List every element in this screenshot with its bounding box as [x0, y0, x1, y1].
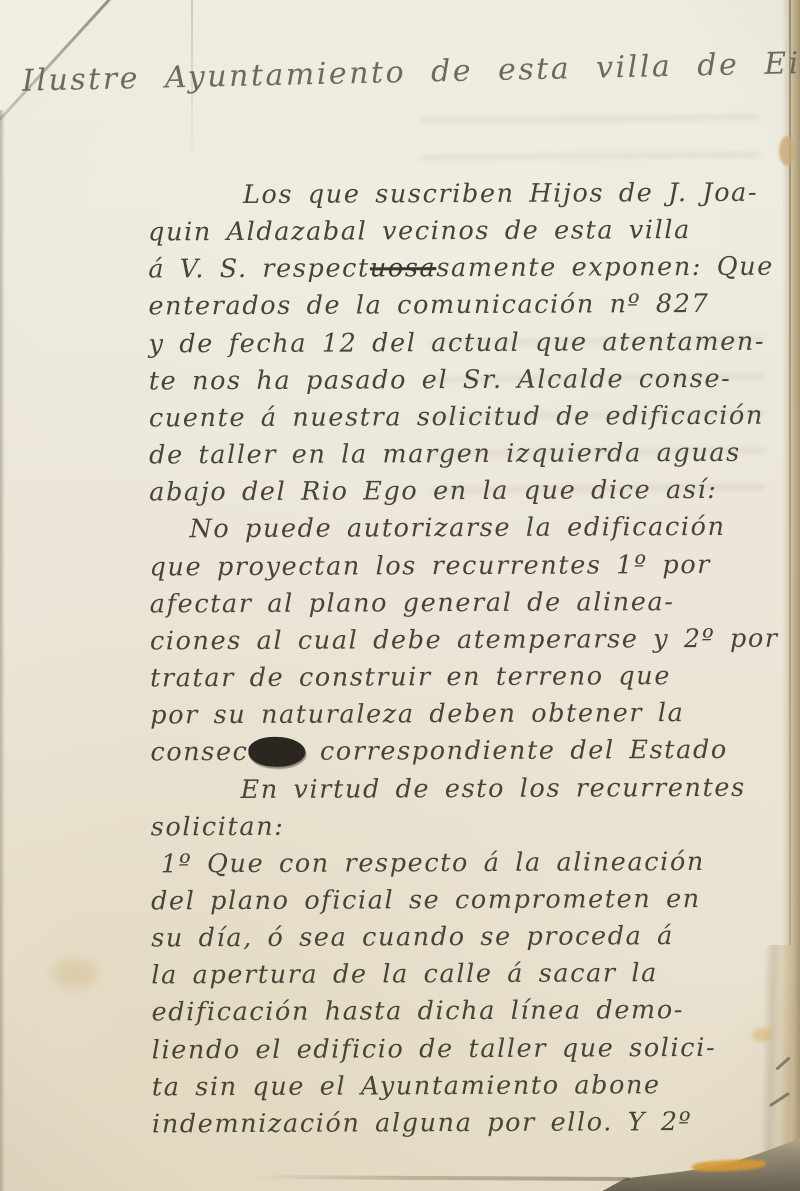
- manuscript-line: cuente á nuestra solicitud de edificació…: [149, 398, 789, 438]
- manuscript-line: de taller en la margen izquierda aguas: [149, 435, 789, 475]
- manuscript-line: indemnización alguna por ello. Y 2º: [152, 1104, 792, 1144]
- manuscript-line: del plano oficial se comprometen en: [151, 881, 791, 921]
- manuscript-line: Los que suscriben Hijos de J. Joa-: [243, 175, 788, 215]
- manuscript-line: que proyectan los recurrentes 1º por: [150, 546, 790, 586]
- manuscript-line: la apertura de la calle á sacar la: [151, 955, 791, 995]
- manuscript-line: No puede autorizarse la edificación: [189, 509, 789, 549]
- manuscript-line: á V. S. respectuosasamente exponen: Que: [148, 249, 788, 289]
- manuscript-line: afectar al plano general de alinea-: [150, 583, 790, 623]
- manuscript-line: te nos ha pasado el Sr. Alcalde conse-: [149, 360, 789, 400]
- document-body: Los que suscriben Hijos de J. Joa- quin …: [148, 175, 792, 1144]
- manuscript-line: edificación hasta dicha línea demo-: [151, 992, 791, 1032]
- manuscript-line: tratar de construir en terreno que: [150, 658, 790, 698]
- manuscript-line: liendo el edificio de taller que solici-: [152, 1029, 792, 1069]
- manuscript-line: En virtud de esto los recurrentes: [240, 769, 790, 809]
- page-left-edge: [0, 110, 5, 1191]
- manuscript-line: enterados de la comunicación nº 827: [148, 286, 788, 326]
- manuscript-photo: Ilustre Ayuntamiento de esta villa de Ei…: [0, 0, 800, 1191]
- manuscript-line: conseción correspondiente del Estado: [150, 732, 790, 772]
- ink-bleedthrough-upper: [420, 94, 761, 184]
- stain-right-top: [779, 136, 795, 166]
- manuscript-line: ciones al cual debe atemperarse y 2º por: [150, 620, 790, 660]
- manuscript-line: solicitan:: [151, 806, 791, 846]
- stain-left: [52, 958, 98, 988]
- manuscript-line: quin Aldazabal vecinos de esta villa: [148, 212, 788, 252]
- ink-blot-strikeout: ión: [248, 737, 305, 767]
- struck-text: uosa: [370, 253, 437, 283]
- manuscript-line: 1º Que con respecto á la alineación: [161, 843, 791, 883]
- manuscript-line: ta sin que el Ayuntamiento abone: [152, 1066, 792, 1106]
- manuscript-line: y de fecha 12 del actual que atentamen-: [149, 323, 789, 363]
- manuscript-line: abajo del Rio Ego en la que dice así:: [149, 472, 789, 512]
- manuscript-line: por su naturaleza deben obtener la: [150, 695, 790, 735]
- manuscript-line: su día, ó sea cuando se proceda á: [151, 918, 791, 958]
